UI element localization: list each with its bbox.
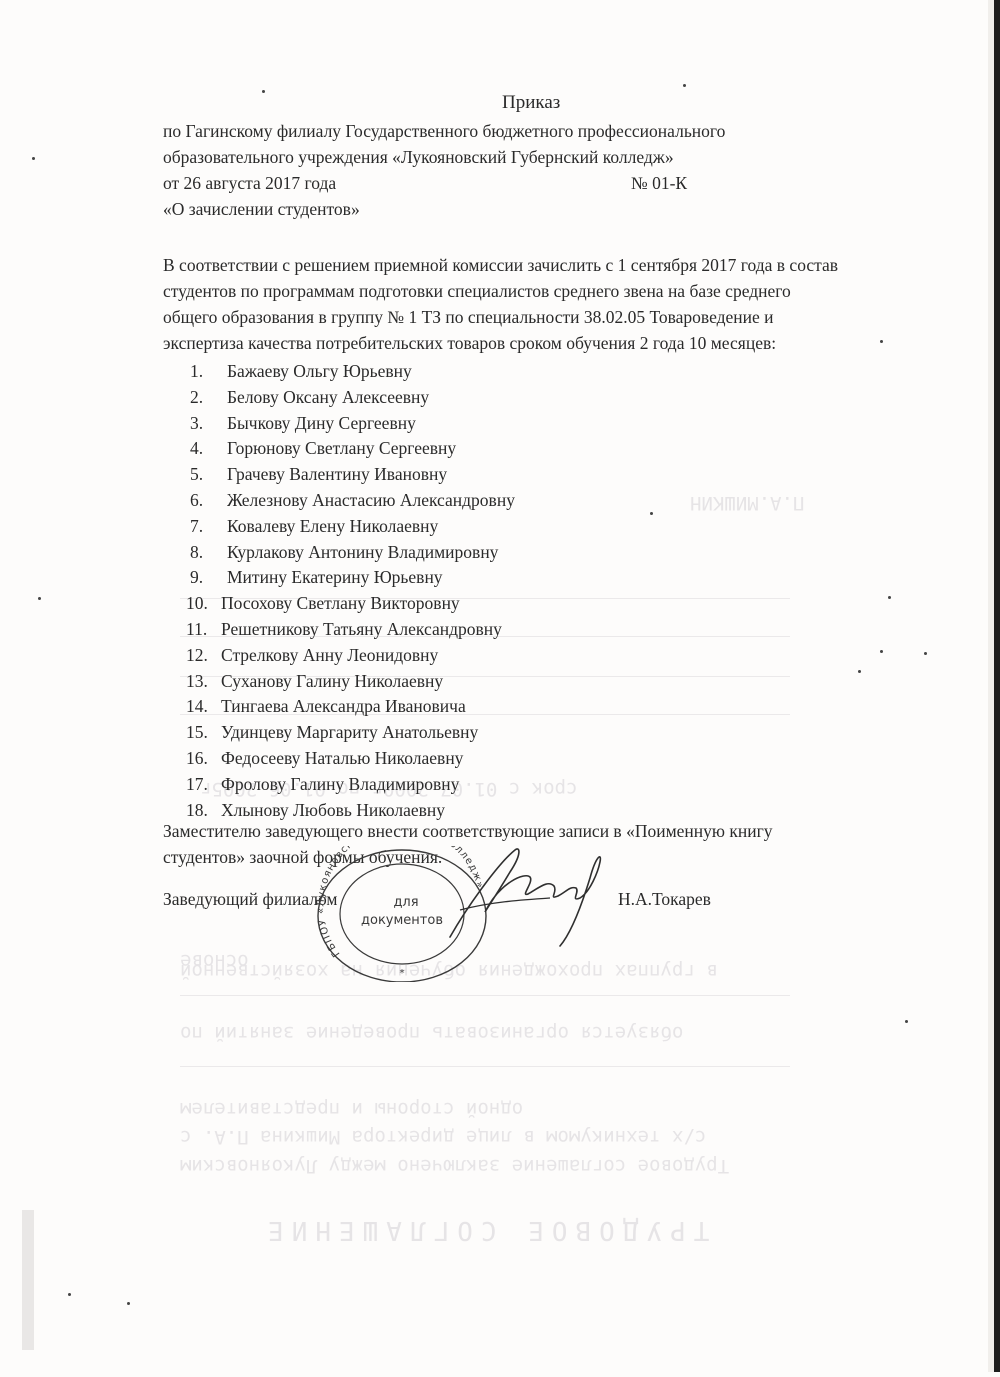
student-name: Стрелкову Анну Леонидовну (221, 645, 438, 665)
student-list-item: 15.Удинцеву Маргариту Анатольевну (186, 719, 478, 745)
document-title: Приказ (502, 90, 560, 116)
signatory-name: Н.А.Токарев (618, 886, 711, 912)
student-name: Митину Екатерину Юрьевну (227, 567, 443, 587)
student-list-item: 6.Железнову Анастасию Александровну (190, 487, 515, 513)
student-list-item: 10.Посохову Светлану Викторовну (186, 590, 460, 616)
student-name: Курлакову Антонину Владимировну (227, 542, 498, 562)
list-item-number: 8. (190, 539, 227, 565)
student-name: Железнову Анастасию Александровну (227, 490, 515, 510)
order-date: от 26 августа 2017 года (163, 170, 336, 196)
scanner-edge (994, 0, 1000, 1372)
student-list-item: 16.Федосееву Наталью Николаевну (186, 745, 463, 771)
student-list-item: 11.Решетникову Татьяну Александровну (186, 616, 502, 642)
list-item-number: 6. (190, 487, 227, 513)
order-subject: «О зачислении студентов» (163, 196, 360, 222)
student-list-item: 13.Суханову Галину Николаевну (186, 668, 443, 694)
scanned-page: П.А.МИШКИН срок с 01.07.2000г по 01.06.2… (0, 0, 1000, 1377)
student-list-item: 17.Фролову Галину Владимировну (186, 771, 459, 797)
student-name: Тингаева Александра Ивановича (221, 696, 466, 716)
student-name: Бычкову Дину Сергеевну (227, 413, 416, 433)
student-name: Федосееву Наталью Николаевну (221, 748, 463, 768)
student-list-item: 2.Белову Оксану Алексеевну (190, 384, 429, 410)
student-list-item: 1.Бажаеву Ольгу Юрьевну (190, 358, 412, 384)
body-line-3: общего образования в группу № 1 ТЗ по сп… (163, 304, 774, 330)
list-item-number: 14. (186, 693, 221, 719)
list-item-number: 1. (190, 358, 227, 384)
student-list-item: 4.Горюнову Светлану Сергеевну (190, 435, 456, 461)
student-list-item: 3.Бычкову Дину Сергеевну (190, 410, 416, 436)
list-item-number: 11. (186, 616, 221, 642)
list-item-number: 16. (186, 745, 221, 771)
body-line-2: студентов по программам подготовки специ… (163, 278, 791, 304)
handwritten-signature (430, 842, 620, 952)
student-name: Горюнову Светлану Сергеевну (227, 438, 456, 458)
student-list-item: 8.Курлакову Антонину Владимировну (190, 539, 498, 565)
svg-text:для: для (393, 895, 418, 910)
student-list-item: 14.Тингаева Александра Ивановича (186, 693, 466, 719)
list-item-number: 5. (190, 461, 227, 487)
closing-line-1: Заместителю заведующего внести соответст… (163, 818, 773, 844)
list-item-number: 15. (186, 719, 221, 745)
student-name: Фролову Галину Владимировну (221, 774, 459, 794)
student-name: Суханову Галину Николаевну (221, 671, 443, 691)
student-name: Белову Оксану Алексеевну (227, 387, 429, 407)
list-item-number: 17. (186, 771, 221, 797)
scanner-edge-left (22, 1210, 34, 1350)
list-item-number: 13. (186, 668, 221, 694)
student-name: Посохову Светлану Викторовну (221, 593, 460, 613)
order-number: № 01-К (631, 170, 687, 196)
student-list-item: 7.Ковалеву Елену Николаевну (190, 513, 438, 539)
student-name: Ковалеву Елену Николаевну (227, 516, 438, 536)
header-line-2: образовательного учреждения «Лукояновски… (163, 144, 674, 170)
list-item-number: 9. (190, 564, 227, 590)
student-name: Бажаеву Ольгу Юрьевну (227, 361, 412, 381)
student-list-item: 12.Стрелкову Анну Леонидовну (186, 642, 438, 668)
student-name: Хлынову Любовь Николаевну (221, 800, 445, 820)
student-name: Удинцеву Маргариту Анатольевну (221, 722, 478, 742)
list-item-number: 10. (186, 590, 221, 616)
svg-text:*: * (400, 968, 405, 979)
student-list-item: 9.Митину Екатерину Юрьевну (190, 564, 443, 590)
body-line-1: В соответствии с решением приемной комис… (163, 252, 838, 278)
body-line-4: экспертиза качества потребительских това… (163, 330, 776, 356)
list-item-number: 3. (190, 410, 227, 436)
list-item-number: 12. (186, 642, 221, 668)
student-name: Решетникову Татьяну Александровну (221, 619, 502, 639)
student-list-item: 5.Грачеву Валентину Ивановну (190, 461, 447, 487)
header-line-1: по Гагинскому филиалу Государственного б… (163, 118, 725, 144)
list-item-number: 4. (190, 435, 227, 461)
list-item-number: 7. (190, 513, 227, 539)
student-name: Грачеву Валентину Ивановну (227, 464, 447, 484)
list-item-number: 2. (190, 384, 227, 410)
